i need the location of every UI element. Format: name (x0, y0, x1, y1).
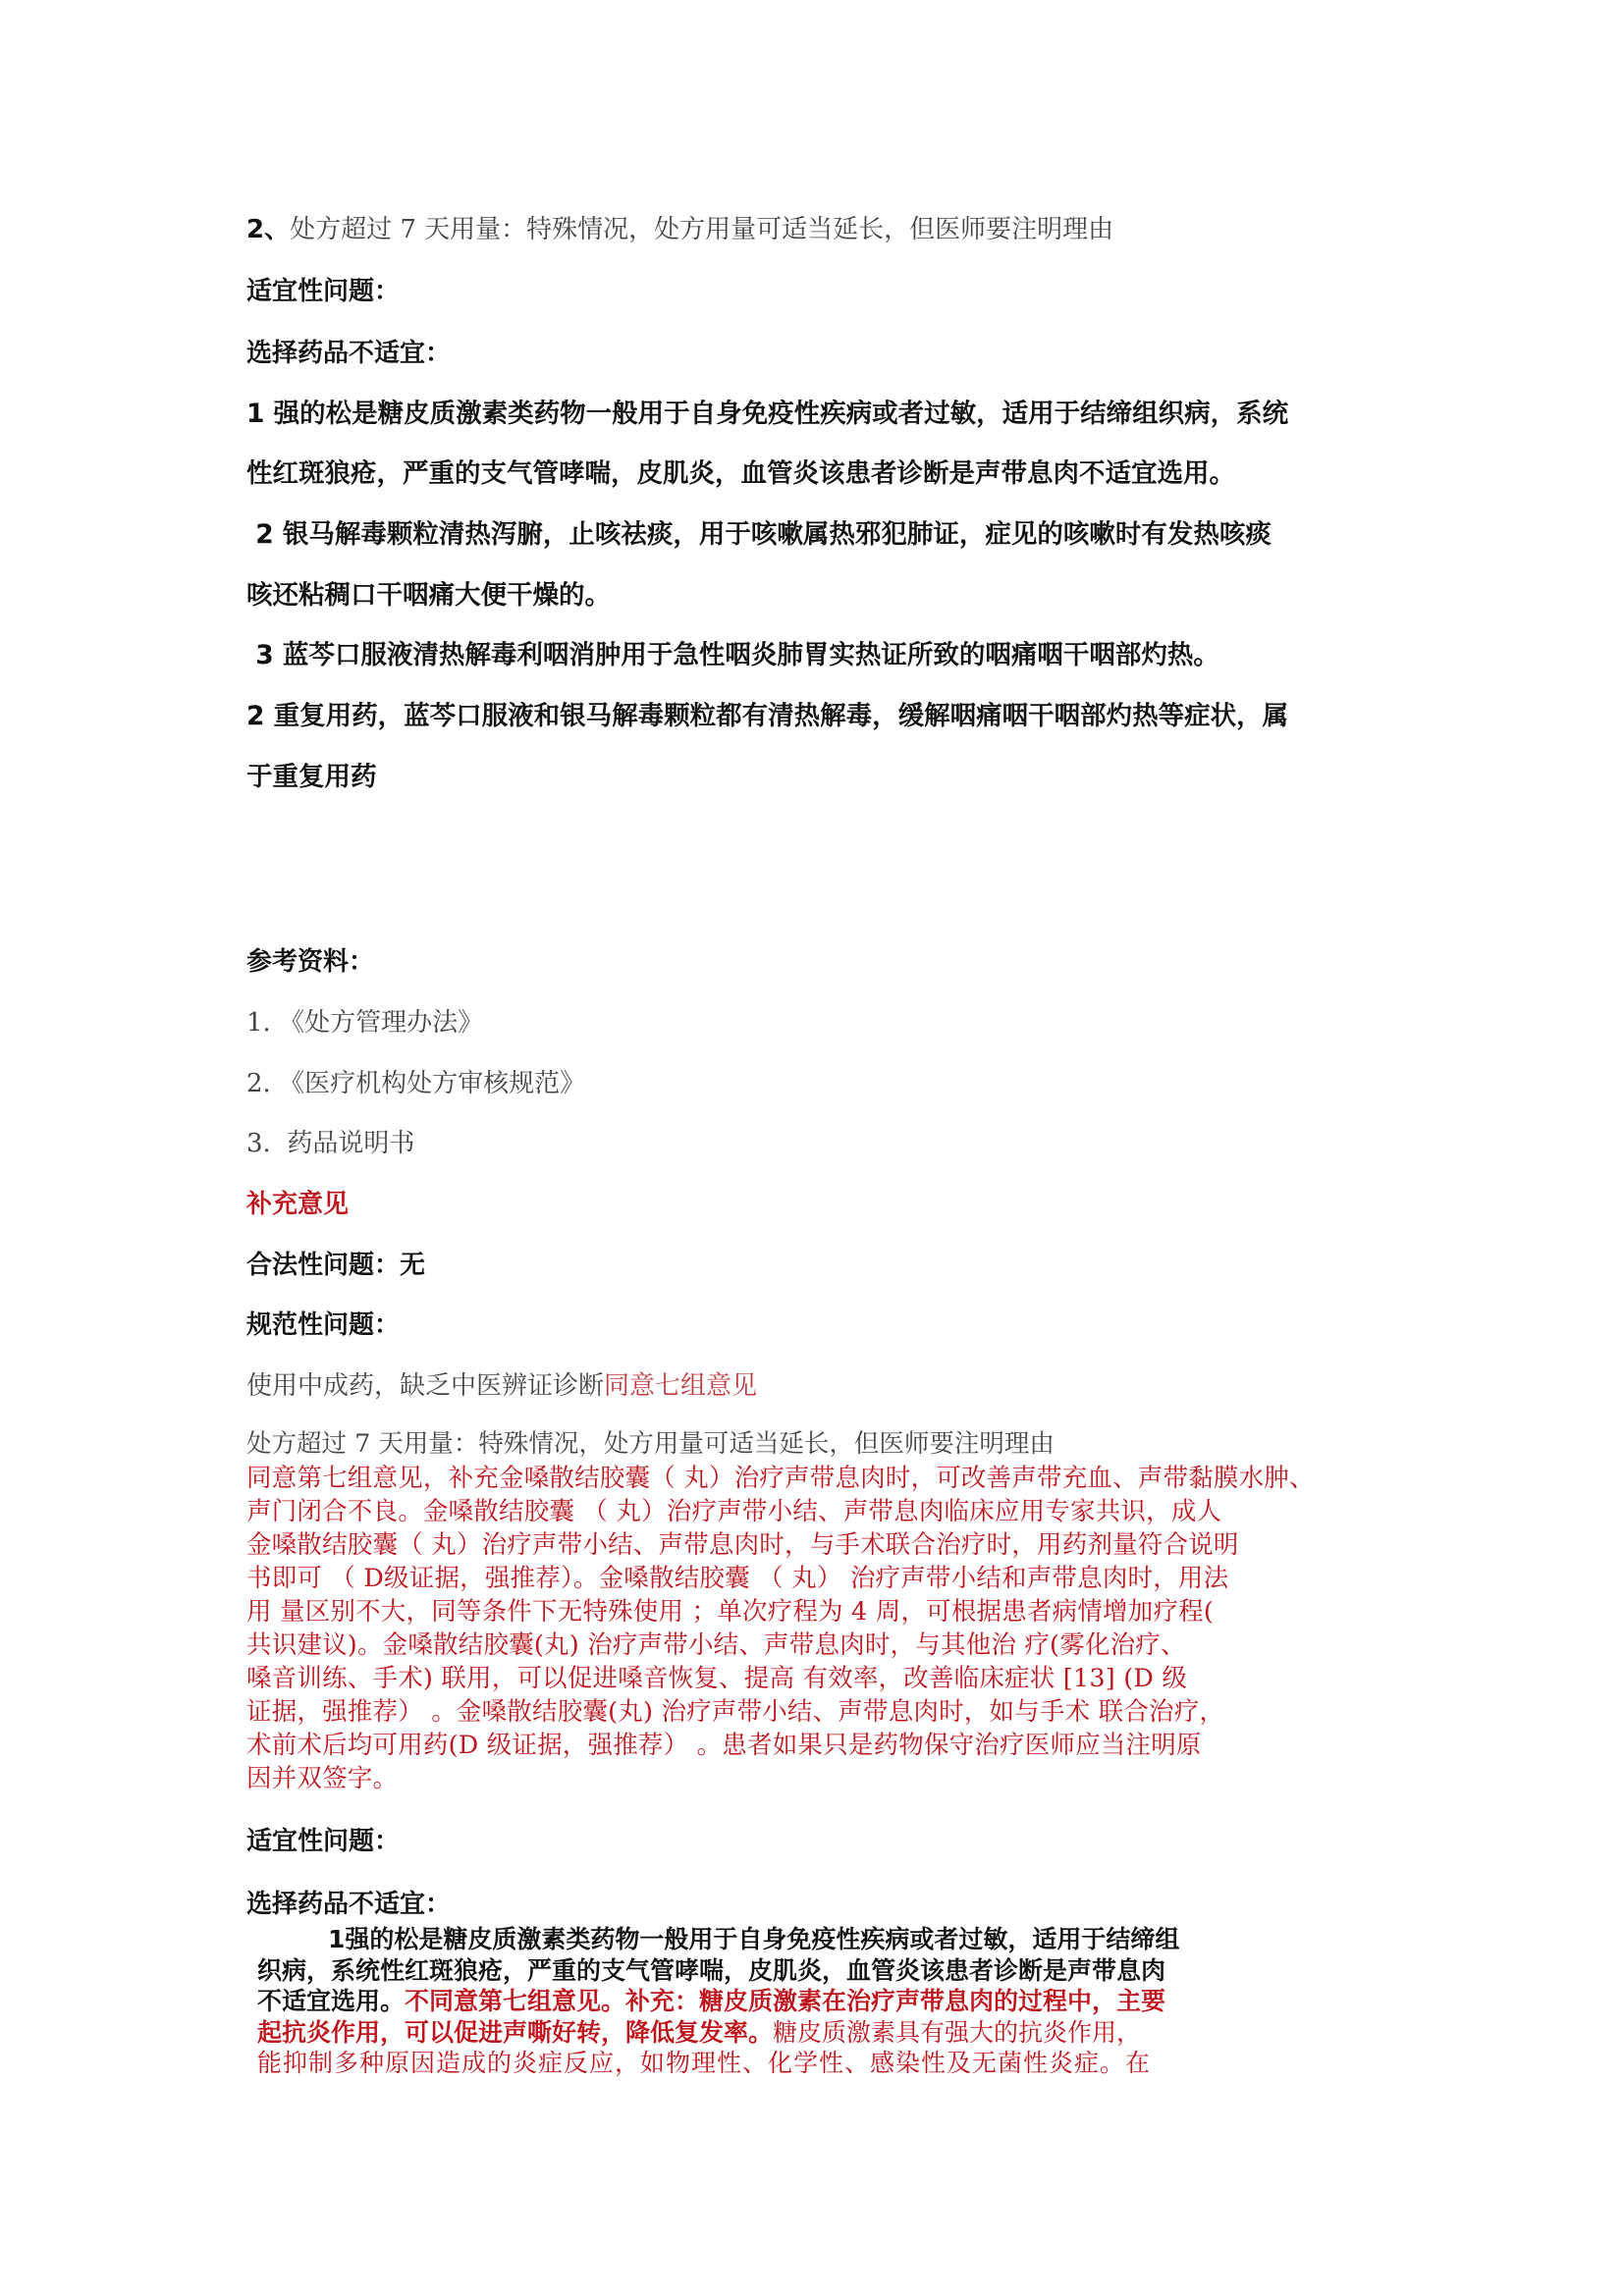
item-over-7-days: 2、处方超过 7 天用量：特殊情况，处方用量可适当延长，但医师要注明理由 (246, 214, 1113, 245)
tcm-diagnosis-issue: 使用中成药，缺乏中医辨证诊断同意七组意见 (246, 1370, 757, 1402)
legality-status: 合法性问题：无 (246, 1250, 425, 1281)
references-heading: 参考资料： (246, 946, 374, 978)
red-line: 同意第七组意见，补充金嗓散结胶囊（ 丸）治疗声带息肉时，可改善声带充血、声带黏膜… (246, 1462, 1400, 1495)
bold-red-text: 起抗炎作用，可以促进声嘶好转，降低复发率。 (257, 2018, 773, 2047)
reference-item-2: 2. 《医疗机构处方审核规范》 (246, 1068, 585, 1099)
tcm-agree-note: 同意七组意见 (604, 1371, 757, 1401)
drug-point-3: 3 蓝芩口服液清热解毒利咽消肿用于急性咽炎肺胃实热证所致的咽痛咽干咽部灼热。 (246, 640, 1219, 671)
red-line: 术前术后均可用药(D 级证据，强推荐） 。患者如果只是药物保守治疗医师应当注明原 (246, 1729, 1400, 1762)
block-line-5: 能抑制多种原因造成的炎症反应，如物理性、化学性、感染性及无菌性炎症。在 (257, 2048, 1342, 2079)
over-7-days-issue: 处方超过 7 天用量：特殊情况，处方用量可适当延长，但医师要注明理由 (246, 1428, 1055, 1460)
item-text: 处方超过 7 天用量：特殊情况，处方用量可适当延长，但医师要注明理由 (290, 215, 1113, 244)
red-line: 证据，强推荐） 。金嗓散结胶囊(丸) 治疗声带小结、声带息肉时，如与手术 联合治… (246, 1695, 1400, 1729)
supplement-heading: 补充意见 (246, 1189, 349, 1220)
reference-item-1: 1. 《处方管理办法》 (246, 1007, 483, 1039)
disagree-text: 不同意第七组意见。补充：糖皮质激素在治疗声带息肉的过程中，主要 (405, 1987, 1165, 2015)
duplicate-line2: 于重复用药 (246, 762, 377, 793)
block-line-4: 起抗炎作用，可以促进声嘶好转，降低复发率。糖皮质激素具有强大的抗炎作用， (257, 2017, 1342, 2049)
drug-point-1-line2: 性红斑狼疮，严重的支气管哮喘，皮肌炎，血管炎该患者诊断是声带息肉不适宜选用。 (246, 458, 1235, 490)
red-line: 嗓音训练、手术) 联用，可以促进嗓音恢复、提高 有效率，改善临床症状 [13] … (246, 1662, 1400, 1695)
red-line: 因并双签字。 (246, 1762, 1400, 1795)
drug-point-1-line1: 1 强的松是糖皮质激素类药物一般用于自身免疫性疾病或者过敏，适用于结缔组织病，系… (246, 399, 1288, 430)
block-line-2: 织病，系统性红斑狼疮，严重的支气管哮喘，皮肌炎，血管炎该患者诊断是声带息肉 (257, 1955, 1342, 1987)
black-text: 不适宜选用。 (257, 1987, 405, 2015)
prednisone-opinion-block: 1强的松是糖皮质激素类药物一般用于自身免疫性疾病或者过敏，适用于结缔组 织病，系… (257, 1924, 1342, 2079)
supplement-drug-selection-heading: 选择药品不适宜： (246, 1889, 451, 1920)
duplicate-line1: 2 重复用药，蓝芩口服液和银马解毒颗粒都有清热解毒，缓解咽痛咽干咽部灼热等症状，… (246, 701, 1288, 732)
red-line: 共识建议)。金嗓散结胶囊(丸) 治疗声带小结、声带息肉时，与其他治 疗(雾化治疗… (246, 1629, 1400, 1662)
red-line: 书即可 （ D级证据，强推荐）。金嗓散结胶囊 （ 丸） 治疗声带小结和声带息肉时… (246, 1562, 1400, 1595)
standard-heading: 规范性问题： (246, 1309, 400, 1341)
tcm-text: 使用中成药，缺乏中医辨证诊断 (246, 1371, 604, 1401)
supplement-suitability-heading: 适宜性问题： (246, 1826, 400, 1857)
suitability-heading: 适宜性问题： (246, 276, 400, 307)
red-line: 金嗓散结胶囊（ 丸）治疗声带小结、声带息肉时，与手术联合治疗时，用药剂量符合说明 (246, 1528, 1400, 1562)
drug-selection-heading: 选择药品不适宜： (246, 338, 451, 369)
block-line-1: 1强的松是糖皮质激素类药物一般用于自身免疫性疾病或者过敏，适用于结缔组 (257, 1924, 1342, 1955)
red-line: 声门闭合不良。金嗓散结胶囊 （ 丸）治疗声带小结、声带息肉临床应用专家共识，成人 (246, 1495, 1400, 1528)
red-line: 用 量区别不大，同等条件下无特殊使用 ；单次疗程为 4 周，可根据患者病情增加疗… (246, 1595, 1400, 1629)
drug-point-2-line2: 咳还粘稠口干咽痛大便干燥的。 (246, 580, 611, 612)
document-page: 2、处方超过 7 天用量：特殊情况，处方用量可适当延长，但医师要注明理由 适宜性… (0, 0, 1624, 2296)
light-red-text: 糖皮质激素具有强大的抗炎作用， (773, 2018, 1141, 2047)
reference-item-3: 3. 药品说明书 (246, 1128, 414, 1159)
drug-point-2-line1: 2 银马解毒颗粒清热泻腑，止咳祛痰，用于咳嗽属热邪犯肺证，症见的咳嗽时有发热咳痰 (246, 519, 1272, 551)
supplement-red-paragraph: 同意第七组意见，补充金嗓散结胶囊（ 丸）治疗声带息肉时，可改善声带充血、声带黏膜… (246, 1462, 1400, 1795)
item-number: 2、 (246, 215, 290, 244)
block-line-3: 不适宜选用。不同意第七组意见。补充：糖皮质激素在治疗声带息肉的过程中，主要 (257, 1986, 1342, 2017)
